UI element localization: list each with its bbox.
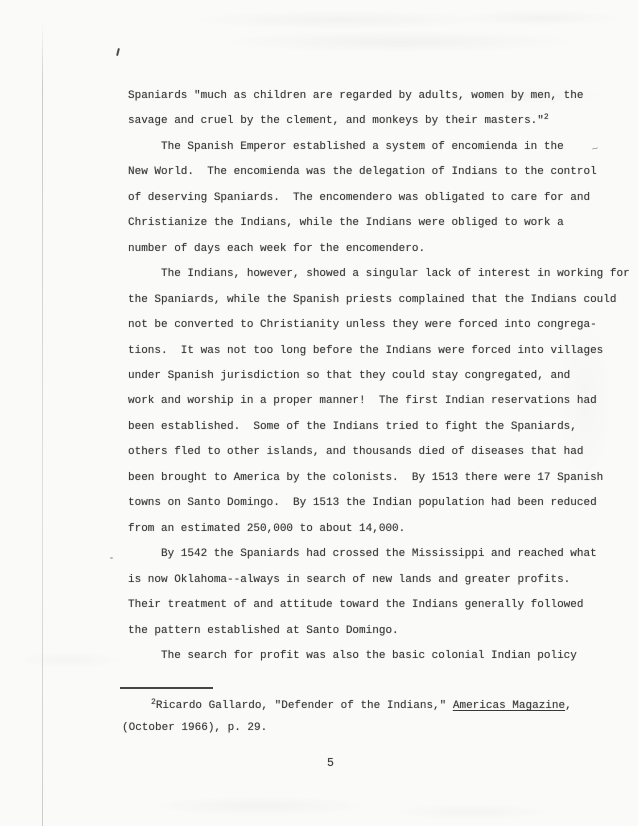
page-fold-line xyxy=(42,22,43,826)
typed-text-line: Christianize the Indians, while the Indi… xyxy=(128,211,633,236)
body-text: Spaniards "much as children are regarded… xyxy=(128,84,633,669)
typed-text-line: the Spaniards, while the Spanish priests… xyxy=(128,288,633,313)
text-segment: New World. The encomienda was the delega… xyxy=(128,166,597,178)
typed-text-line: The Indians, however, showed a singular … xyxy=(128,262,633,287)
footnote: 2Ricardo Gallardo, "Defender of the Indi… xyxy=(122,696,627,739)
typed-text-line: The search for profit was also the basic… xyxy=(128,644,633,669)
typed-text-line: work and worship in a proper manner! The… xyxy=(128,389,633,414)
stray-dot-mark xyxy=(110,557,113,559)
footnote-separator-rule xyxy=(120,687,213,689)
text-segment: Ricardo Gallardo, "Defender of the India… xyxy=(156,700,453,712)
stray-ink-tick-mark xyxy=(116,48,120,56)
underlined-title-text: Americas Magazine xyxy=(453,700,565,712)
text-segment: not be converted to Christianity unless … xyxy=(128,319,597,331)
text-segment: towns on Santo Domingo. By 1513 the Indi… xyxy=(128,497,597,509)
text-segment: others fled to other islands, and thousa… xyxy=(128,446,583,458)
text-segment: been established. Some of the Indians tr… xyxy=(128,421,577,433)
typed-text-line: The Spanish Emperor established a system… xyxy=(128,135,633,160)
page-number: 5 xyxy=(327,757,334,770)
text-segment: the Spaniards, while the Spanish priests… xyxy=(128,294,616,306)
footnote-line: 2Ricardo Gallardo, "Defender of the Indi… xyxy=(122,696,627,718)
typed-text-line: the pattern established at Santo Domingo… xyxy=(128,619,633,644)
footnote-line: (October 1966), p. 29. xyxy=(122,718,627,740)
text-segment: been brought to America by the colonists… xyxy=(128,472,603,484)
typed-text-line: is now Oklahoma--always in search of new… xyxy=(128,568,633,593)
typed-text-line: towns on Santo Domingo. By 1513 the Indi… xyxy=(128,491,633,516)
text-segment: , xyxy=(565,700,572,712)
typed-text-line: Their treatment of and attitude toward t… xyxy=(128,593,633,618)
text-segment: Their treatment of and attitude toward t… xyxy=(128,599,583,611)
typed-text-line: number of days each week for the encomen… xyxy=(128,237,633,262)
typed-text-line: from an estimated 250,000 to about 14,00… xyxy=(128,517,633,542)
text-segment: from an estimated 250,000 to about 14,00… xyxy=(128,523,405,535)
text-segment: The search for profit was also the basic… xyxy=(161,650,577,662)
text-segment: is now Oklahoma--always in search of new… xyxy=(128,574,570,586)
text-segment: (October 1966), p. 29. xyxy=(122,722,267,734)
typed-text-line: savage and cruel by the clement, and mon… xyxy=(128,109,633,134)
typed-text-line: under Spanish jurisdiction so that they … xyxy=(128,364,633,389)
text-segment: work and worship in a proper manner! The… xyxy=(128,395,597,407)
text-segment: Spaniards "much as children are regarded… xyxy=(128,90,583,102)
text-segment: savage and cruel by the clement, and mon… xyxy=(128,115,544,127)
typed-text-line: been established. Some of the Indians tr… xyxy=(128,415,633,440)
typed-text-line: tions. It was not too long before the In… xyxy=(128,339,633,364)
typed-text-line: been brought to America by the colonists… xyxy=(128,466,633,491)
typed-text-line: New World. The encomienda was the delega… xyxy=(128,160,633,185)
typed-text-line: of deserving Spaniards. The encomendero … xyxy=(128,186,633,211)
scanned-document-page: ~ Spaniards "much as children are regard… xyxy=(0,0,638,826)
text-segment: the pattern established at Santo Domingo… xyxy=(128,625,399,637)
text-segment: tions. It was not too long before the In… xyxy=(128,345,603,357)
text-segment: Christianize the Indians, while the Indi… xyxy=(128,217,564,229)
typed-text-line: By 1542 the Spaniards had crossed the Mi… xyxy=(128,542,633,567)
text-segment: number of days each week for the encomen… xyxy=(128,243,425,255)
typed-text-line: not be converted to Christianity unless … xyxy=(128,313,633,338)
superscript-footnote-ref: 2 xyxy=(544,113,549,122)
text-segment: of deserving Spaniards. The encomendero … xyxy=(128,192,590,204)
typed-text-line: others fled to other islands, and thousa… xyxy=(128,440,633,465)
text-segment: By 1542 the Spaniards had crossed the Mi… xyxy=(161,548,597,560)
text-segment: under Spanish jurisdiction so that they … xyxy=(128,370,570,382)
text-segment: The Spanish Emperor established a system… xyxy=(161,141,564,153)
text-segment: The Indians, however, showed a singular … xyxy=(161,268,630,280)
superscript-footnote-ref: 2 xyxy=(151,698,156,707)
typed-text-line: Spaniards "much as children are regarded… xyxy=(128,84,633,109)
